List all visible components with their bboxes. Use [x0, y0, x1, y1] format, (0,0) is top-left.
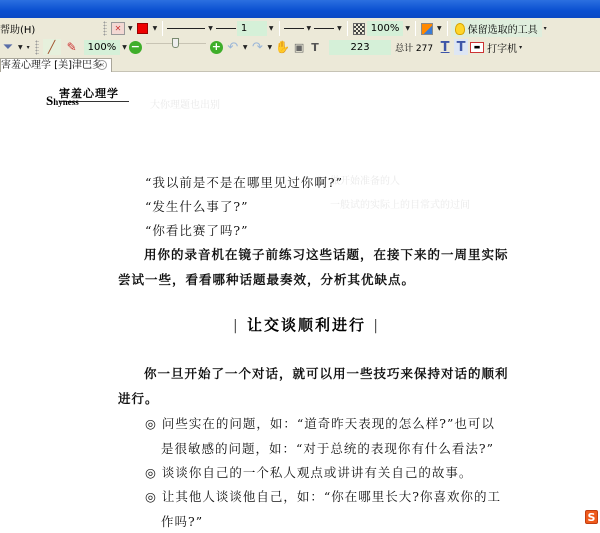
- redo-dropdown-icon[interactable]: ▼: [267, 44, 272, 51]
- snapshot-icon[interactable]: ▣: [292, 39, 306, 55]
- stamp-dropdown-icon[interactable]: ▼: [128, 25, 133, 32]
- line-width-dropdown-icon[interactable]: ▼: [269, 25, 274, 32]
- page-total-label: 总计 277: [395, 41, 433, 54]
- opacity-icon: [352, 21, 366, 37]
- toolbar-row-1: 帮助(H) ✕ ▼ ▼ ▼ 1 ▼ ▼ ▼ 100% ▼ ▼ 保留选取的工具 ▾: [0, 18, 600, 37]
- arrow-style-dropdown-icon[interactable]: ▼: [337, 25, 342, 32]
- fill-color-button[interactable]: [136, 21, 150, 37]
- text-select-icon[interactable]: T: [308, 39, 322, 55]
- line-style-icon: [167, 28, 205, 29]
- stamp-icon[interactable]: ✕: [111, 22, 125, 35]
- menu-help[interactable]: 帮助(H): [0, 21, 35, 36]
- line-width-field[interactable]: 1: [237, 21, 267, 36]
- pencil-icon[interactable]: ╱: [43, 39, 61, 55]
- paragraph-line: 你一旦开始了一个对话，就可以用一些技巧来保持对话的顺利: [144, 364, 509, 382]
- typewriter-icon[interactable]: ▬: [470, 42, 484, 53]
- line-style-dropdown-icon[interactable]: ▼: [208, 25, 213, 32]
- text-box-icon[interactable]: T: [454, 39, 468, 55]
- toolbar-overflow-icon[interactable]: ▾: [544, 25, 547, 32]
- color-scheme-dropdown-icon[interactable]: ▼: [437, 25, 442, 32]
- toolbar-row-2: ⏷ ▼ ▾ ╱ ✎ 100% ▼ − + ↶ ▼ ↷ ▼ ✋ ▣ T 223 总…: [0, 37, 600, 58]
- keep-tool-label: 保留选取的工具: [468, 21, 538, 36]
- typewriter-label[interactable]: 打字机: [487, 40, 517, 55]
- tab-label: 害羞心理学 [美]津巴多: [1, 60, 102, 71]
- divider: [347, 21, 348, 36]
- document-tab-bar: 害羞心理学 [美]津巴多 ×: [0, 58, 600, 72]
- filter-icon[interactable]: ⏷: [1, 39, 15, 55]
- undo-icon[interactable]: ↶: [226, 39, 240, 55]
- redo-icon[interactable]: ↷: [250, 39, 264, 55]
- bullet-continuation: 作吗?”: [161, 512, 203, 530]
- toolbar-grip[interactable]: [103, 21, 107, 36]
- running-header-en: Shyness: [46, 93, 79, 109]
- highlighter-icon[interactable]: ✎: [63, 39, 81, 55]
- bleed-through-text: 大你理题也出别: [150, 96, 220, 111]
- toolbar-grip[interactable]: [35, 40, 39, 55]
- divider: [162, 21, 163, 36]
- red-swatch-icon: [137, 23, 148, 34]
- hand-tool-icon[interactable]: ✋: [275, 39, 290, 55]
- dash-style-button[interactable]: [284, 21, 304, 37]
- lightbulb-icon: [455, 23, 465, 35]
- tab-document[interactable]: 害羞心理学 [美]津巴多 ×: [0, 58, 112, 72]
- quote-line: “发生什么事了?”: [145, 197, 248, 215]
- text-underline-icon[interactable]: T: [438, 39, 452, 55]
- filter-dropdown-icon[interactable]: ▼: [18, 44, 23, 51]
- bullet-item: ◎ 让其他人谈谈他自己，如：“你在哪里长大?你喜欢你的工: [145, 487, 501, 505]
- arrow-style-button[interactable]: [314, 21, 334, 37]
- window-title-bar: [0, 0, 600, 18]
- undo-dropdown-icon[interactable]: ▼: [243, 44, 248, 51]
- bleed-through-text: 一般试的实际上的目常式的过间: [330, 196, 470, 211]
- line-style-button[interactable]: [167, 21, 205, 37]
- ime-tray-icon[interactable]: S: [585, 510, 598, 524]
- paragraph-line: 用你的录音机在镜子前练习这些话题，在接下来的一周里实际: [144, 245, 509, 263]
- toolbar-overflow-icon[interactable]: ▾: [519, 44, 522, 51]
- close-tab-icon[interactable]: ×: [97, 60, 107, 70]
- paragraph-line: 进行。: [118, 389, 159, 407]
- zoom-slider-thumb[interactable]: [172, 38, 179, 48]
- quote-line: “你看比赛了吗?”: [145, 221, 248, 239]
- zoom-slider[interactable]: [146, 43, 206, 51]
- page-number-field[interactable]: 223: [329, 40, 391, 55]
- quote-line: “我以前是不是在哪里见过你啊?”: [145, 173, 343, 191]
- divider: [415, 21, 416, 36]
- opacity-dropdown-icon[interactable]: ▼: [405, 25, 410, 32]
- section-title: | 让交谈顺利进行 |: [233, 314, 380, 335]
- document-page: 大你理题也出别 做开始准备的人 一般试的实际上的目常式的过间 害羞心理学 Shy…: [0, 73, 600, 533]
- divider: [447, 21, 448, 36]
- toolbar-overflow-icon[interactable]: ▾: [27, 44, 30, 51]
- line-width-icon: [216, 21, 236, 37]
- bullet-continuation: 是很敏感的问题，如：“对于总统的表现你有什么看法?”: [161, 439, 494, 457]
- zoom-field[interactable]: 100%: [84, 40, 121, 55]
- bullet-item: ◎ 问些实在的问题，如：“道奇昨天表现的怎么样?”也可以: [145, 414, 495, 432]
- fill-color-dropdown-icon[interactable]: ▼: [153, 25, 158, 32]
- bullet-item: ◎ 谈谈你自己的一个私人观点或讲讲有关自己的故事。: [145, 463, 472, 481]
- divider: [279, 21, 280, 36]
- color-scheme-button[interactable]: [420, 21, 434, 37]
- opacity-field[interactable]: 100%: [367, 21, 404, 36]
- paragraph-line: 尝试一些，看看哪种话题最奏效，分析其优缺点。: [118, 270, 415, 288]
- dash-style-dropdown-icon[interactable]: ▼: [307, 25, 312, 32]
- zoom-in-icon[interactable]: +: [210, 41, 223, 54]
- zoom-out-icon[interactable]: −: [129, 41, 142, 54]
- zoom-dropdown-icon[interactable]: ▼: [122, 44, 127, 51]
- keep-tool-selected-button[interactable]: 保留选取的工具: [451, 20, 542, 37]
- color-scheme-icon: [421, 23, 433, 35]
